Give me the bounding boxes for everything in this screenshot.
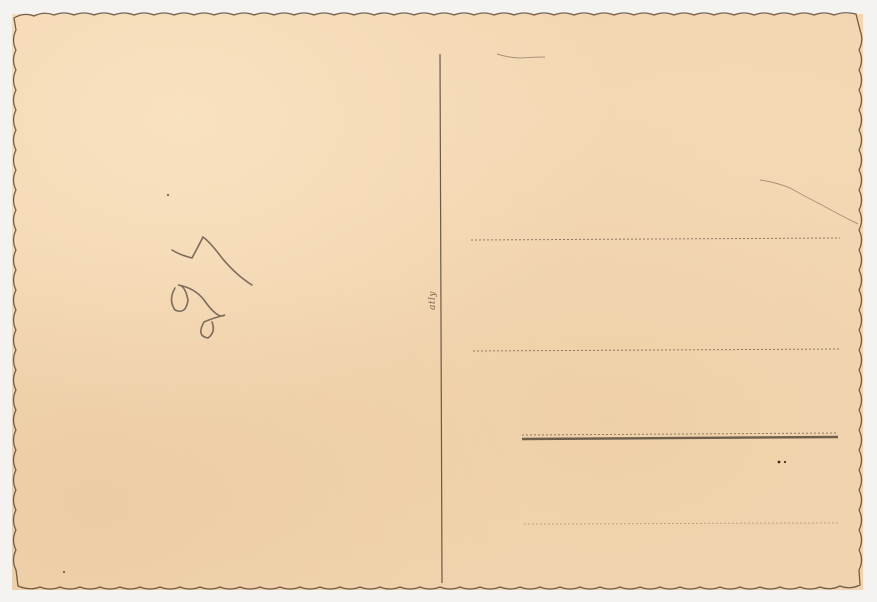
speck — [778, 461, 781, 464]
speck — [63, 571, 65, 573]
address-line-2 — [473, 349, 840, 351]
handwritten-number — [172, 237, 253, 338]
printer-mark: atly — [428, 291, 438, 310]
crease-top — [497, 54, 545, 58]
crease-right — [760, 180, 858, 224]
address-line-1 — [471, 238, 840, 240]
speck — [167, 194, 169, 196]
address-line-3-dotted — [522, 433, 838, 435]
divider-line — [440, 54, 442, 583]
speck — [784, 461, 786, 463]
address-line-3-solid — [522, 437, 838, 439]
address-line-4 — [524, 523, 838, 524]
postcard-markings — [0, 0, 877, 602]
